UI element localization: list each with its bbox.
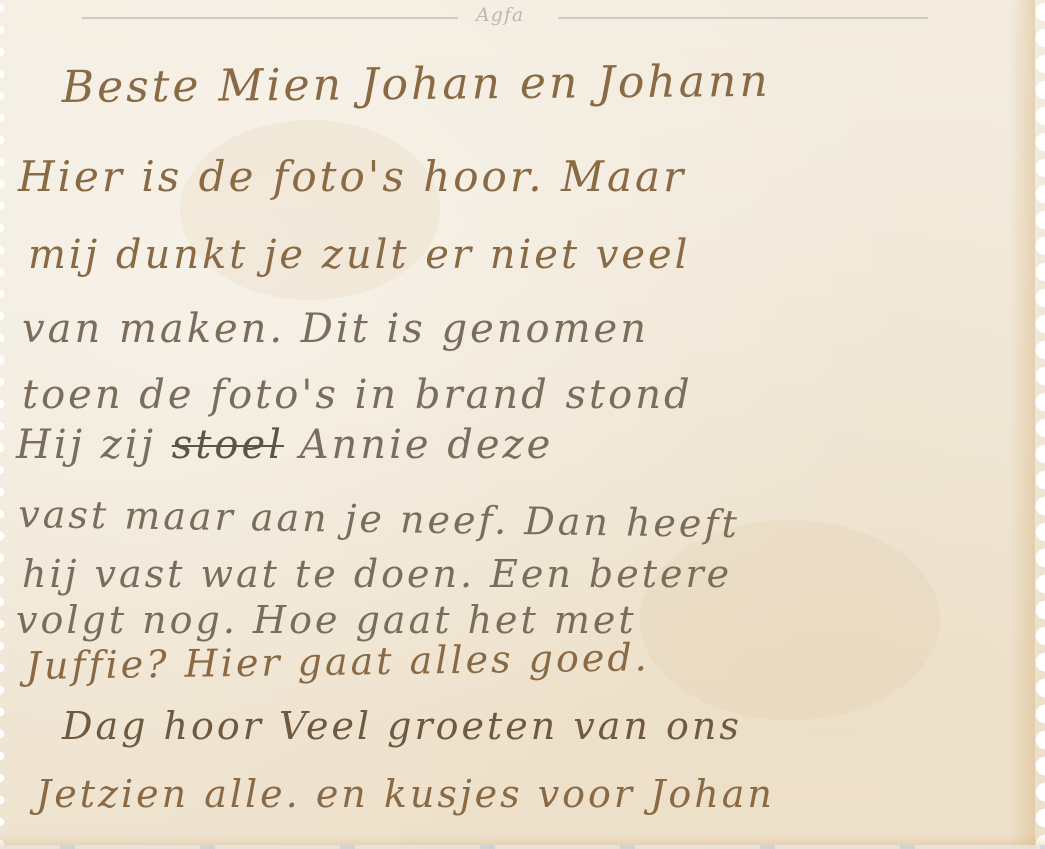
handwritten-line: vast maar aan je neef. Dan heeft xyxy=(18,492,740,546)
agfa-imprint: Agfa xyxy=(0,0,1045,40)
handwritten-line: Dag hoor Veel groeten van ons xyxy=(62,704,742,748)
handwritten-line: Juffie? Hier gaat alles goed. xyxy=(25,635,650,688)
line-text: Hij zij xyxy=(16,422,156,468)
handwritten-line: mij dunkt je zult er niet veel xyxy=(28,232,690,278)
perforated-left-edge xyxy=(0,0,8,849)
imprint-divider-left xyxy=(82,17,458,19)
postcard: Agfa Beste Mien Johan en Johann Hier is … xyxy=(0,0,1045,849)
handwritten-line: volgt nog. Hoe gaat het met xyxy=(16,598,637,642)
handwritten-line-with-strikethrough: Hij zij stoel Annie deze xyxy=(16,422,553,468)
handwritten-line: van maken. Dit is genomen xyxy=(22,306,649,352)
handwritten-line-salutation: Beste Mien Johan en Johann xyxy=(62,56,771,113)
handwritten-line: Hier is de foto's hoor. Maar xyxy=(18,152,686,201)
imprint-brand: Agfa xyxy=(476,4,524,26)
struck-out-word: stoel xyxy=(172,422,284,468)
scalloped-right-edge xyxy=(1023,0,1045,849)
scan-bottom-strip xyxy=(0,845,1045,849)
handwritten-line: toen de foto's in brand stond xyxy=(22,372,693,418)
line-text: Annie deze xyxy=(300,422,554,468)
imprint-divider-right xyxy=(558,17,928,19)
handwritten-line: hij vast wat te doen. Een betere xyxy=(22,552,732,596)
handwritten-line-signature: Jetzien alle. en kusjes voor Johan xyxy=(36,772,775,816)
paper-stain xyxy=(640,520,940,720)
